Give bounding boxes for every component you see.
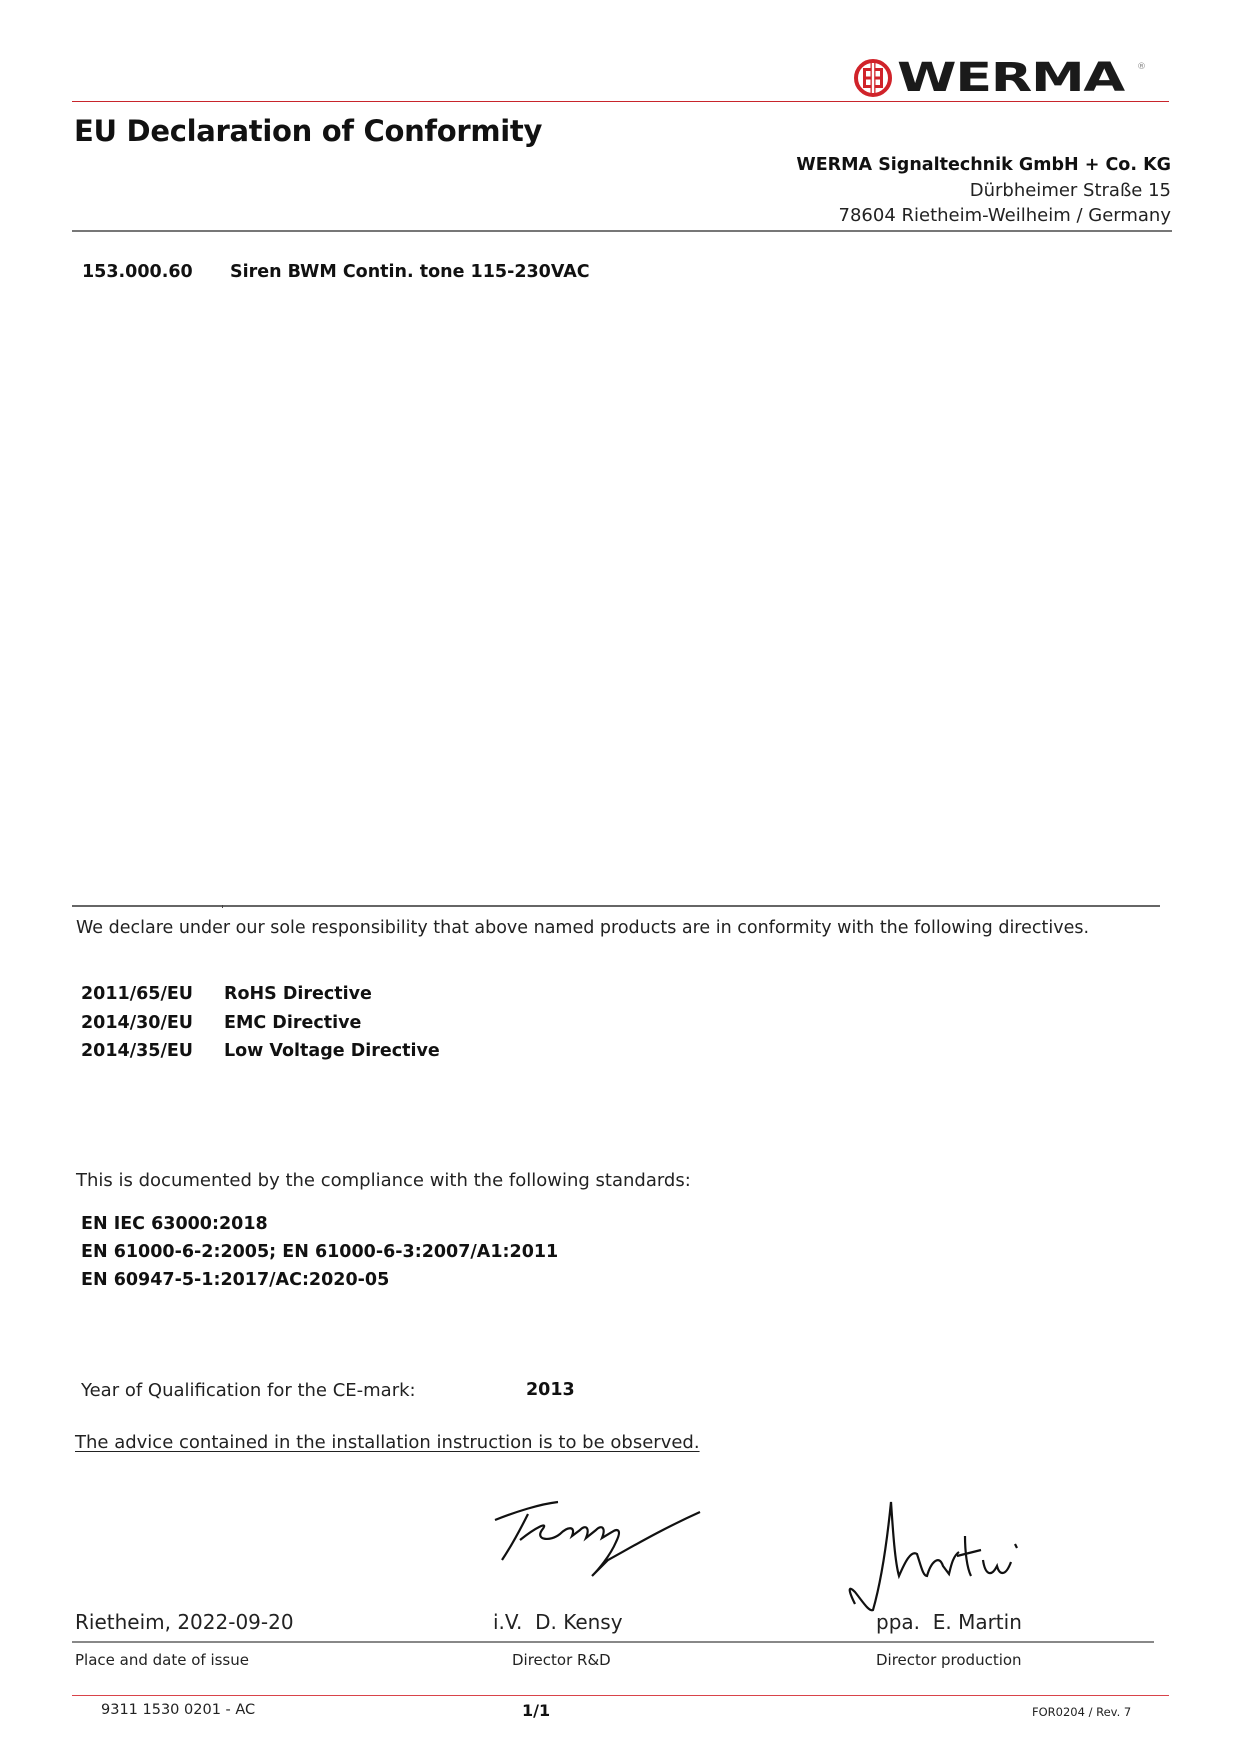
werma-logo: WERMA	[853, 55, 1065, 100]
page-indicator: 1/1	[522, 1701, 550, 1720]
directive-code: 2011/65/EU	[81, 980, 224, 1009]
place-and-date: Rietheim, 2022-09-20	[75, 1610, 294, 1634]
address-divider	[72, 230, 1172, 232]
standard-item: EN IEC 63000:2018	[81, 1210, 558, 1238]
directive-name: EMC Directive	[224, 1009, 361, 1038]
page-title: EU Declaration of Conformity	[74, 114, 542, 148]
place-date-label: Place and date of issue	[75, 1651, 249, 1669]
standard-item: EN 61000-6-2:2005; EN 61000-6-3:2007/A1:…	[81, 1238, 558, 1266]
signer-kensy: i.V. D. Kensy	[493, 1610, 623, 1634]
ce-mark-year: 2013	[526, 1380, 575, 1400]
directive-code: 2014/35/EU	[81, 1037, 224, 1066]
form-revision: FOR0204 / Rev. 7	[1032, 1705, 1131, 1719]
company-address: WERMA Signaltechnik GmbH + Co. KG Dürbhe…	[796, 153, 1171, 228]
directives-list: 2011/65/EU RoHS Directive 2014/30/EU EMC…	[81, 980, 440, 1066]
signer-1-role: Director R&D	[512, 1651, 611, 1669]
directive-row: 2014/30/EU EMC Directive	[81, 1009, 440, 1038]
werma-emblem-icon	[853, 58, 893, 98]
company-city: 78604 Rietheim-Weilheim / Germany	[796, 203, 1171, 228]
footer-divider	[72, 1695, 1169, 1696]
directive-row: 2011/65/EU RoHS Directive	[81, 980, 440, 1009]
directive-name: RoHS Directive	[224, 980, 372, 1009]
registered-mark: ®	[1137, 62, 1146, 72]
signer-martin: ppa. E. Martin	[876, 1610, 1022, 1634]
signature-divider	[72, 1641, 1154, 1643]
document-number: 9311 1530 0201 - AC	[101, 1702, 255, 1718]
ce-mark-label: Year of Qualification for the CE-mark:	[81, 1380, 416, 1401]
section-divider	[72, 905, 1160, 907]
signer-2-role: Director production	[876, 1651, 1022, 1669]
signature-kensy-icon	[480, 1490, 780, 1590]
directive-name: Low Voltage Directive	[224, 1037, 440, 1066]
company-street: Dürbheimer Straße 15	[796, 178, 1171, 203]
standards-list: EN IEC 63000:2018 EN 61000-6-2:2005; EN …	[81, 1210, 558, 1294]
installation-advice: The advice contained in the installation…	[75, 1432, 700, 1453]
directive-code: 2014/30/EU	[81, 1009, 224, 1038]
standard-item: EN 60947-5-1:2017/AC:2020-05	[81, 1266, 558, 1294]
logo-wordmark: WERMA	[897, 58, 1124, 98]
product-description: Siren BWM Contin. tone 115-230VAC	[230, 262, 590, 282]
product-line: 153.000.60 Siren BWM Contin. tone 115-23…	[82, 262, 590, 282]
header-divider	[72, 101, 1169, 102]
directive-row: 2014/35/EU Low Voltage Directive	[81, 1037, 440, 1066]
company-name: WERMA Signaltechnik GmbH + Co. KG	[796, 153, 1171, 178]
standards-intro: This is documented by the compliance wit…	[76, 1170, 691, 1191]
product-number: 153.000.60	[82, 262, 230, 282]
declaration-text: We declare under our sole responsibility…	[76, 916, 1170, 941]
